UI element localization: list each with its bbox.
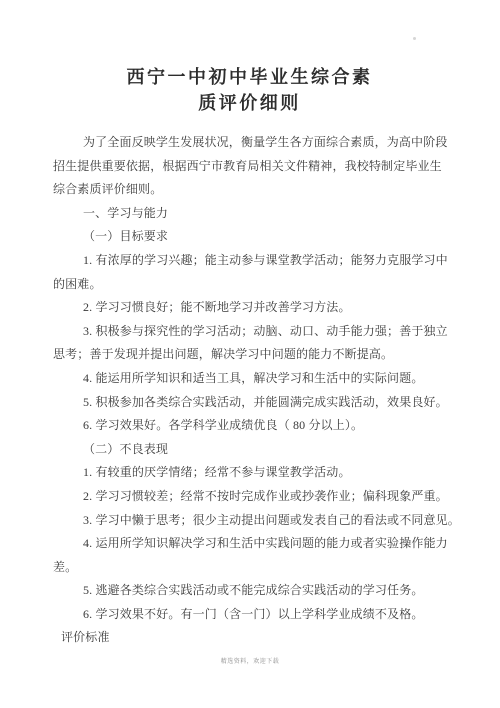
target-item-4: 4. 能运用所学知识和适当工具，解决学习和生活中的实际问题。 [53, 367, 446, 391]
intro-paragraph-line-2: 招生提供重要依据，根据西宁市教育局相关文件精神，我校特制定毕业生 [53, 155, 446, 179]
bad-item-6: 6. 学习效果不好。有一门（含一门）以上学科学业成绩不及格。 [53, 603, 446, 627]
target-item-3-line-2: 思考；善于发现并提出问题，解决学习中问题的能力不断提高。 [53, 343, 446, 367]
bad-item-4-line-2: 差。 [53, 556, 446, 580]
page-footer: 精选资料，欢迎下载 [0, 658, 500, 666]
document-body: 为了全面反映学生发展状况，衡量学生各方面综合素质，为高中阶段招生提供重要依据，根… [53, 131, 446, 650]
bad-item-1: 1. 有较重的厌学情绪；经常不参与课堂教学活动。 [53, 461, 446, 485]
target-item-6: 6. 学习效果好。各学科学业成绩优良（ 80 分以上）。 [53, 414, 446, 438]
document-page: 西宁一中初中毕业生综合素 质评价细则 为了全面反映学生发展状况，衡量学生各方面综… [0, 0, 500, 708]
evaluation-criteria-label: 评价标准 [53, 626, 446, 650]
bad-item-4-line-1: 4. 运用所学知识解决学习和生活中实践问题的能力或者实验操作能力 [53, 532, 446, 556]
target-item-3-line-1: 3. 积极参与探究性的学习活动；动脑、动口、动手能力强；善于独立 [53, 320, 446, 344]
target-item-1-line-1: 1. 有浓厚的学习兴趣；能主动参与课堂教学活动；能努力克服学习中 [53, 249, 446, 273]
bad-item-5: 5. 逃避各类综合实践活动或不能完成综合实践活动的学习任务。 [53, 579, 446, 603]
document-title-line-1: 西宁一中初中毕业生综合素 [127, 67, 373, 87]
bad-item-3: 3. 学习中懒于思考；很少主动提出问题或发表自己的看法或不同意见。 [53, 509, 446, 533]
intro-paragraph-line-3: 综合素质评价细则。 [53, 178, 446, 202]
bad-item-2: 2. 学习习惯较差；经常不按时完成作业或抄袭作业；偏科现象严重。 [53, 485, 446, 509]
document-title: 西宁一中初中毕业生综合素 质评价细则 [53, 64, 446, 116]
subsection-1-2-heading: （二）不良表现 [53, 438, 446, 462]
document-title-line-2: 质评价细则 [198, 93, 301, 113]
target-item-1-line-2: 的困难。 [53, 273, 446, 297]
target-item-5: 5. 积极参加各类综合实践活动，并能圆满完成实践活动，效果良好。 [53, 391, 446, 415]
target-item-2: 2. 学习习惯良好；能不断地学习并改善学习方法。 [53, 296, 446, 320]
section-1-heading: 一、学习与能力 [53, 202, 446, 226]
subsection-1-1-heading: （一）目标要求 [53, 225, 446, 249]
stray-mark [413, 37, 416, 40]
intro-paragraph-line-1: 为了全面反映学生发展状况，衡量学生各方面综合素质，为高中阶段 [53, 131, 446, 155]
